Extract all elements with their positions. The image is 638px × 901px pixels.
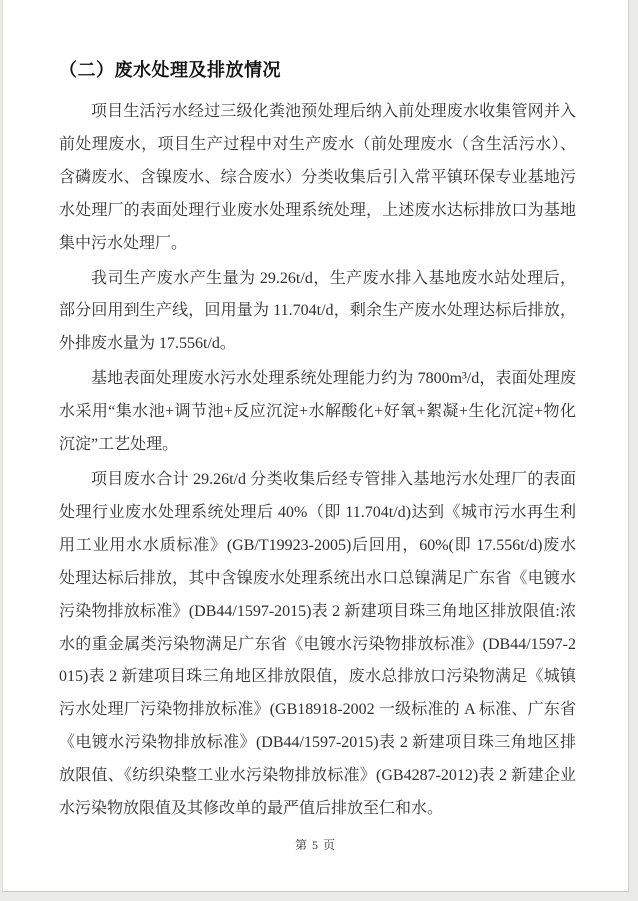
- body-paragraph-3: 基地表面处理废水污水处理系统处理能力约为 7800m³/d，表面处理废水采用“集…: [59, 363, 576, 462]
- section-heading: （二）废水处理及排放情况: [59, 57, 576, 83]
- body-paragraph-4: 项目废水合计 29.26t/d 分类收集后经专管排入基地污水处理厂的表面处理行业…: [59, 464, 576, 826]
- document-page: （二）废水处理及排放情况 项目生活污水经过三级化粪池预处理后纳入前处理废水收集管…: [2, 0, 629, 892]
- page-content: （二）废水处理及排放情况 项目生活污水经过三级化粪池预处理后纳入前处理废水收集管…: [3, 0, 628, 826]
- page-number: 第 5 页: [295, 838, 336, 852]
- body-paragraph-2: 我司生产废水产生量为 29.26t/d，生产废水排入基地废水站处理后，部分回用到…: [59, 263, 576, 362]
- page-footer: 第 5 页: [3, 836, 628, 853]
- body-paragraph-1: 项目生活污水经过三级化粪池预处理后纳入前处理废水收集管网并入前处理废水，项目生产…: [59, 96, 576, 261]
